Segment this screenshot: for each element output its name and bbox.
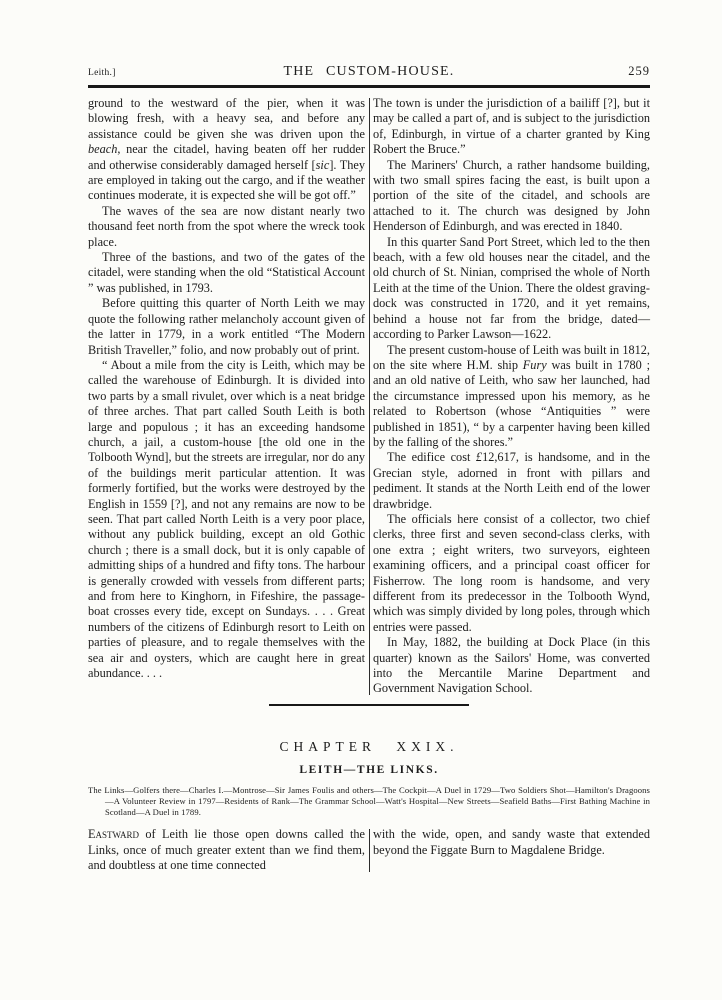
paragraph: Three of the bastions, and two of the ga… [88, 250, 365, 296]
paragraph: Eastward of Leith lie those open downs c… [88, 827, 365, 873]
running-head-section: Leith.] [88, 68, 198, 78]
text-segment: “ About a mile from the city is Leith, w… [88, 358, 365, 680]
text-segment: beach [88, 142, 117, 156]
paragraph: The present custom-house of Leith was bu… [373, 343, 650, 451]
text-segment: The officials here consist of a collecto… [373, 512, 650, 634]
page-number: 259 [540, 64, 650, 79]
text-segment: sic [316, 158, 330, 172]
column-divider [369, 98, 370, 695]
text-segment: ground to the westward of the pier, when… [88, 96, 365, 141]
paragraph: The officials here consist of a collecto… [373, 512, 650, 635]
paragraph: with the wide, open, and sandy waste tha… [373, 827, 650, 858]
running-head: Leith.] THE CUSTOM-HOUSE. 259 [88, 64, 650, 80]
text-segment: Three of the bastions, and two of the ga… [88, 250, 365, 295]
paragraph: ground to the westward of the pier, when… [88, 96, 365, 204]
paragraph: The town is under the jurisdiction of a … [373, 96, 650, 158]
text-segment: The town is under the jurisdiction of a … [373, 96, 650, 156]
running-head-title: THE CUSTOM-HOUSE. [198, 64, 540, 80]
page-content: Leith.] THE CUSTOM-HOUSE. 259 ground to … [88, 64, 650, 874]
paragraph: The edifice cost £12,617, is handsome, a… [373, 450, 650, 512]
article-column-left: ground to the westward of the pier, when… [88, 96, 365, 697]
text-segment: The waves of the sea are now distant nea… [88, 204, 365, 249]
text-segment: Before quitting this quarter of North Le… [88, 296, 365, 356]
chapter-synopsis: The Links—Golfers there—Charles I.—Montr… [88, 785, 650, 819]
article-column-right: The town is under the jurisdiction of a … [373, 96, 650, 697]
chapter-subheading: LEITH—THE LINKS. [88, 764, 650, 776]
paragraph: In May, 1882, the building at Dock Place… [373, 635, 650, 697]
intro-column-divider [369, 829, 370, 871]
header-rule [88, 85, 650, 88]
paragraph: The waves of the sea are now distant nea… [88, 204, 365, 250]
paragraph: In this quarter Sand Port Street, which … [373, 235, 650, 343]
intro-column-right: with the wide, open, and sandy waste tha… [373, 827, 650, 873]
text-segment: The Mariners' Church, a rather handsome … [373, 158, 650, 234]
text-segment: In May, 1882, the building at Dock Place… [373, 635, 650, 695]
intro-columns: Eastward of Leith lie those open downs c… [88, 827, 650, 873]
text-segment: In this quarter Sand Port Street, which … [373, 235, 650, 341]
article-columns: ground to the westward of the pier, when… [88, 96, 650, 697]
text-segment: Fury [523, 358, 547, 372]
intro-column-left: Eastward of Leith lie those open downs c… [88, 827, 365, 873]
text-segment: The edifice cost [387, 450, 476, 464]
paragraph: “ About a mile from the city is Leith, w… [88, 358, 365, 682]
text-segment: Eastward [88, 827, 139, 841]
book-page: Leith.] THE CUSTOM-HOUSE. 259 ground to … [0, 0, 722, 1000]
chapter-heading: CHAPTER XXIX. [88, 739, 650, 755]
text-segment: with the wide, open, and sandy waste tha… [373, 827, 650, 856]
paragraph: Before quitting this quarter of North Le… [88, 296, 365, 358]
paragraph: The Mariners' Church, a rather handsome … [373, 158, 650, 235]
chapter-separator-rule [269, 704, 469, 706]
